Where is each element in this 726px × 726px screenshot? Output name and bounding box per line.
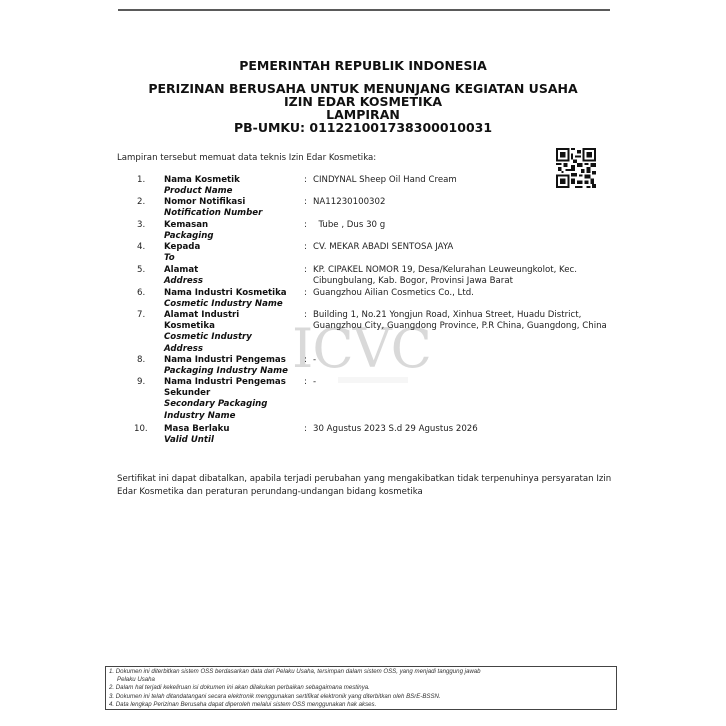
separator: : (304, 377, 307, 388)
item-number: 2. (137, 197, 145, 208)
item-label: AlamatAddress (164, 265, 304, 287)
footer-note-1-continuation: Pelaku Usaha (109, 676, 613, 684)
pb-umku-number: PB-UMKU: 011221001738300010031 (0, 121, 726, 134)
item-label: KepadaTo (164, 242, 304, 264)
item-number: 10. (134, 424, 148, 435)
footer-note-2: 2. Dalam hal terjadi kekeliruan isi doku… (109, 684, 613, 692)
item-number: 5. (137, 265, 145, 276)
item-label: KemasanPackaging (164, 220, 304, 242)
separator: : (304, 288, 307, 299)
item-label: Nama Industri PengemasPackaging Industry… (164, 355, 314, 377)
separator: : (304, 220, 307, 231)
packaging-value: Tube , Dus 30 g (313, 220, 613, 231)
document-title-block: PERIZINAN BERUSAHA UNTUK MENUNJANG KEGIA… (0, 82, 726, 134)
packaging-industry-name-value: - (313, 355, 613, 366)
secondary-packaging-industry-value: - (313, 377, 613, 388)
item-number: 4. (137, 242, 145, 253)
product-name-value: CINDYNAL Sheep Oil Hand Cream (313, 175, 613, 186)
item-number: 7. (137, 310, 145, 321)
item-label: Masa BerlakuValid Until (164, 424, 304, 446)
separator: : (304, 265, 307, 276)
address-value: KP. CIPAKEL NOMOR 19, Desa/Kelurahan Leu… (313, 265, 613, 287)
item-label: Nama Industri KosmetikaCosmetic Industry… (164, 288, 314, 310)
footer-note-1: 1. Dokumen ini diterbitkan sistem OSS be… (109, 668, 613, 676)
item-number: 1. (137, 175, 145, 186)
government-title: PEMERINTAH REPUBLIK INDONESIA (0, 58, 726, 73)
cosmetic-industry-address-value: Building 1, No.21 Yongjun Road, Xinhua S… (313, 310, 613, 332)
item-number: 9. (137, 377, 145, 388)
notification-number-value: NA11230100302 (313, 197, 613, 208)
recipient-value: CV. MEKAR ABADI SENTOSA JAYA (313, 242, 613, 253)
separator: : (304, 175, 307, 186)
separator: : (304, 310, 307, 321)
top-divider (118, 9, 610, 11)
item-number: 6. (137, 288, 145, 299)
item-label: Nomor NotifikasiNotification Number (164, 197, 304, 219)
separator: : (304, 355, 307, 366)
item-label: Alamat Industri KosmetikaCosmetic Indust… (164, 310, 284, 355)
footer-note-4: 4. Data lengkap Perizinan Berusaha dapat… (109, 701, 613, 709)
cosmetic-industry-name-value: Guangzhou Ailian Cosmetics Co., Ltd. (313, 288, 613, 299)
cancellation-note: Sertifikat ini dapat dibatalkan, apabila… (117, 473, 617, 498)
separator: : (304, 242, 307, 253)
item-number: 3. (137, 220, 145, 231)
intro-text: Lampiran tersebut memuat data teknis Izi… (117, 153, 376, 163)
validity-value: 30 Agustus 2023 S.d 29 Agustus 2026 (313, 424, 613, 435)
footer-note-3: 3. Dokumen ini telah ditandatangani seca… (109, 693, 613, 701)
item-number: 8. (137, 355, 145, 366)
footer-notes: 1. Dokumen ini diterbitkan sistem OSS be… (105, 666, 617, 710)
item-label: Nama KosmetikProduct Name (164, 175, 304, 197)
item-label: Nama Industri Pengemas SekunderSecondary… (164, 377, 299, 422)
separator: : (304, 424, 307, 435)
separator: : (304, 197, 307, 208)
